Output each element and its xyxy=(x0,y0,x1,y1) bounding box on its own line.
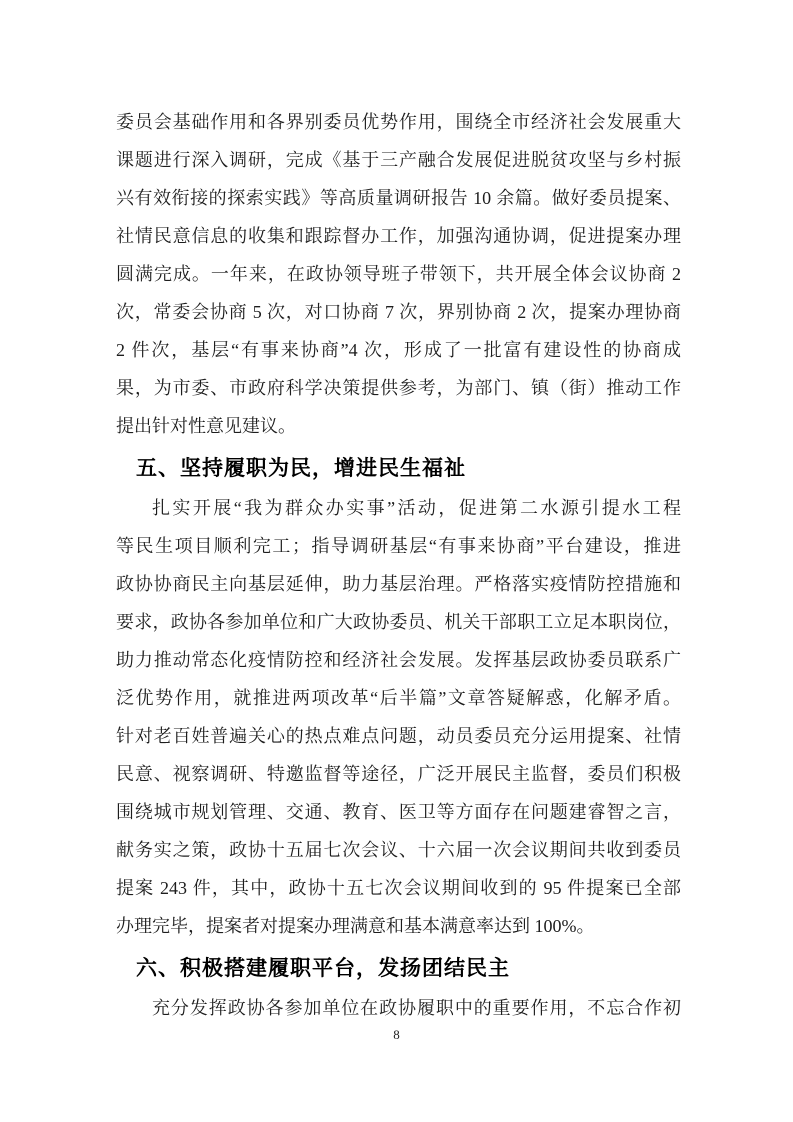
document-page: 委员会基础作用和各界别委员优势作用，围绕全市经济社会发展重大课题进行深入调研，完… xyxy=(0,0,793,1122)
text-line: 2 件次，基层“有事来协商”4 次，形成了一批富有建设性的协商成 xyxy=(116,331,681,369)
text-line: 扎实开展“我为群众办实事”活动，促进第二水源引提水工程 xyxy=(116,489,681,527)
paragraph: 充分发挥政协各参加单位在政协履职中的重要作用，不忘合作初 xyxy=(116,989,681,1027)
document-body: 委员会基础作用和各界别委员优势作用，围绕全市经济社会发展重大课题进行深入调研，完… xyxy=(116,103,681,1027)
text-line: 等民生项目顺利完工；指导调研基层“有事来协商”平台建设，推进 xyxy=(116,527,681,565)
text-line: 围绕城市规划管理、交通、教育、医卫等方面存在问题建睿智之言， xyxy=(116,793,681,831)
text-line: 提出针对性意见建议。 xyxy=(116,407,681,445)
text-line: 泛优势作用，就推进两项改革“后半篇”文章答疑解惑，化解矛盾。 xyxy=(116,679,681,717)
text-line: 社情民意信息的收集和跟踪督办工作，加强沟通协调，促进提案办理 xyxy=(116,217,681,255)
text-line: 要求，政协各参加单位和广大政协委员、机关干部职工立足本职岗位， xyxy=(116,603,681,641)
text-line: 献务实之策，政协十五届七次会议、十六届一次会议期间共收到委员 xyxy=(116,831,681,869)
text-line: 次，常委会协商 5 次，对口协商 7 次，界别协商 2 次，提案办理协商 xyxy=(116,293,681,331)
text-line: 助力推动常态化疫情防控和经济社会发展。发挥基层政协委员联系广 xyxy=(116,641,681,679)
text-line: 圆满完成。一年来，在政协领导班子带领下，共开展全体会议协商 2 xyxy=(116,255,681,293)
text-line: 针对老百姓普遍关心的热点难点问题，动员委员充分运用提案、社情 xyxy=(116,717,681,755)
text-line: 课题进行深入调研，完成《基于三产融合发展促进脱贫攻坚与乡村振 xyxy=(116,141,681,179)
text-line: 政协协商民主向基层延伸，助力基层治理。严格落实疫情防控措施和 xyxy=(116,565,681,603)
text-line: 办理完毕，提案者对提案办理满意和基本满意率达到 100%。 xyxy=(116,907,681,945)
text-line: 兴有效衔接的探索实践》等高质量调研报告 10 余篇。做好委员提案、 xyxy=(116,179,681,217)
paragraph: 扎实开展“我为群众办实事”活动，促进第二水源引提水工程等民生项目顺利完工；指导调… xyxy=(116,489,681,945)
text-line: 提案 243 件，其中，政协十五七次会议期间收到的 95 件提案已全部 xyxy=(116,869,681,907)
text-line: 委员会基础作用和各界别委员优势作用，围绕全市经济社会发展重大 xyxy=(116,103,681,141)
section-heading: 六、积极搭建履职平台，发扬团结民主 xyxy=(116,949,681,989)
section-heading: 五、坚持履职为民，增进民生福祉 xyxy=(116,449,681,489)
text-line: 民意、视察调研、特邀监督等途径，广泛开展民主监督，委员们积极 xyxy=(116,755,681,793)
page-number: 8 xyxy=(0,1026,793,1044)
paragraph: 委员会基础作用和各界别委员优势作用，围绕全市经济社会发展重大课题进行深入调研，完… xyxy=(116,103,681,445)
text-line: 充分发挥政协各参加单位在政协履职中的重要作用，不忘合作初 xyxy=(116,989,681,1027)
text-line: 果，为市委、市政府科学决策提供参考，为部门、镇（街）推动工作 xyxy=(116,369,681,407)
